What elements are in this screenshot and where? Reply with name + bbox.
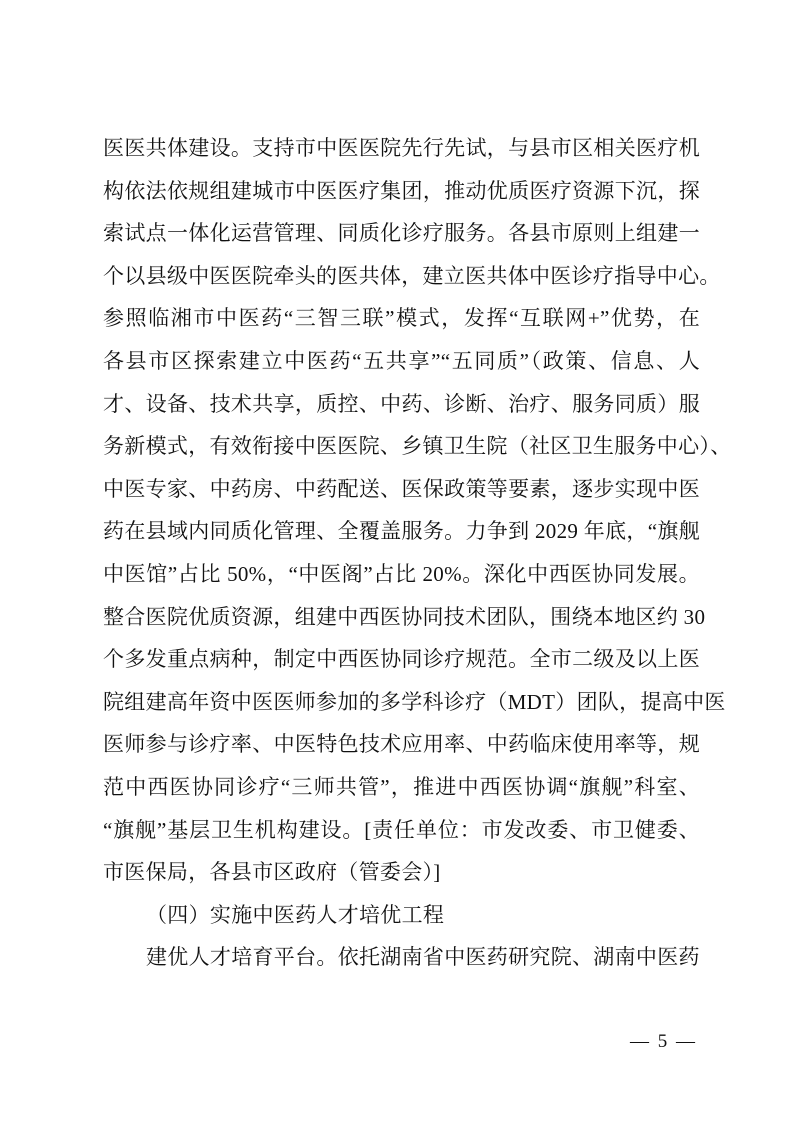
document-body: 医医共体建设。支持市中医医院先行先试，与县市区相关医疗机 构依法依规组建城市中医… [103, 127, 700, 979]
body-line: 参照临湘市中医药“三智三联”模式，发挥“互联网+”优势，在 [103, 297, 700, 340]
body-line: 范中西医协同诊疗“三师共管”，推进中西医协调“旗舰”科室、 [103, 766, 700, 809]
body-line: 药在县域内同质化管理、全覆盖服务。力争到 2029 年底，“旗舰 [103, 510, 700, 553]
body-line: 医师参与诊疗率、中医特色技术应用率、中药临床使用率等，规 [103, 723, 700, 766]
body-line: 中医专家、中药房、中药配送、医保政策等要素，逐步实现中医 [103, 468, 700, 511]
body-line: 个以县级中医医院牵头的医共体，建立医共体中医诊疗指导中心。 [103, 255, 700, 298]
body-line: 整合医院优质资源，组建中西医协同技术团队，围绕本地区约 30 [103, 596, 700, 639]
body-line: 构依法依规组建城市中医医疗集团，推动优质医疗资源下沉，探 [103, 170, 700, 213]
body-line: 务新模式，有效衔接中医医院、乡镇卫生院（社区卫生服务中心）、 [103, 425, 700, 468]
page-number: — 5 — [630, 1031, 697, 1053]
body-line: 个多发重点病种，制定中西医协同诊疗规范。全市二级及以上医 [103, 638, 700, 681]
section-heading: （四）实施中医药人才培优工程 [103, 894, 700, 937]
document-page: 医医共体建设。支持市中医医院先行先试，与县市区相关医疗机 构依法依规组建城市中医… [0, 0, 793, 1122]
body-line: 医医共体建设。支持市中医医院先行先试，与县市区相关医疗机 [103, 127, 700, 170]
body-line: 中医馆”占比 50%，“中医阁”占比 20%。深化中西医协同发展。 [103, 553, 700, 596]
body-line: 市医保局，各县市区政府（管委会）] [103, 851, 700, 894]
body-line: 各县市区探索建立中医药“五共享”“五同质”（政策、信息、人 [103, 340, 700, 383]
body-line: 院组建高年资中医医师参加的多学科诊疗（MDT）团队，提高中医 [103, 681, 700, 724]
body-line: 建优人才培育平台。依托湖南省中医药研究院、湖南中医药 [103, 936, 700, 979]
body-line: 才、设备、技术共享，质控、中药、诊断、治疗、服务同质）服 [103, 383, 700, 426]
body-line: “旗舰”基层卫生机构建设。[责任单位：市发改委、市卫健委、 [103, 809, 700, 852]
body-line: 索试点一体化运营管理、同质化诊疗服务。各县市原则上组建一 [103, 212, 700, 255]
